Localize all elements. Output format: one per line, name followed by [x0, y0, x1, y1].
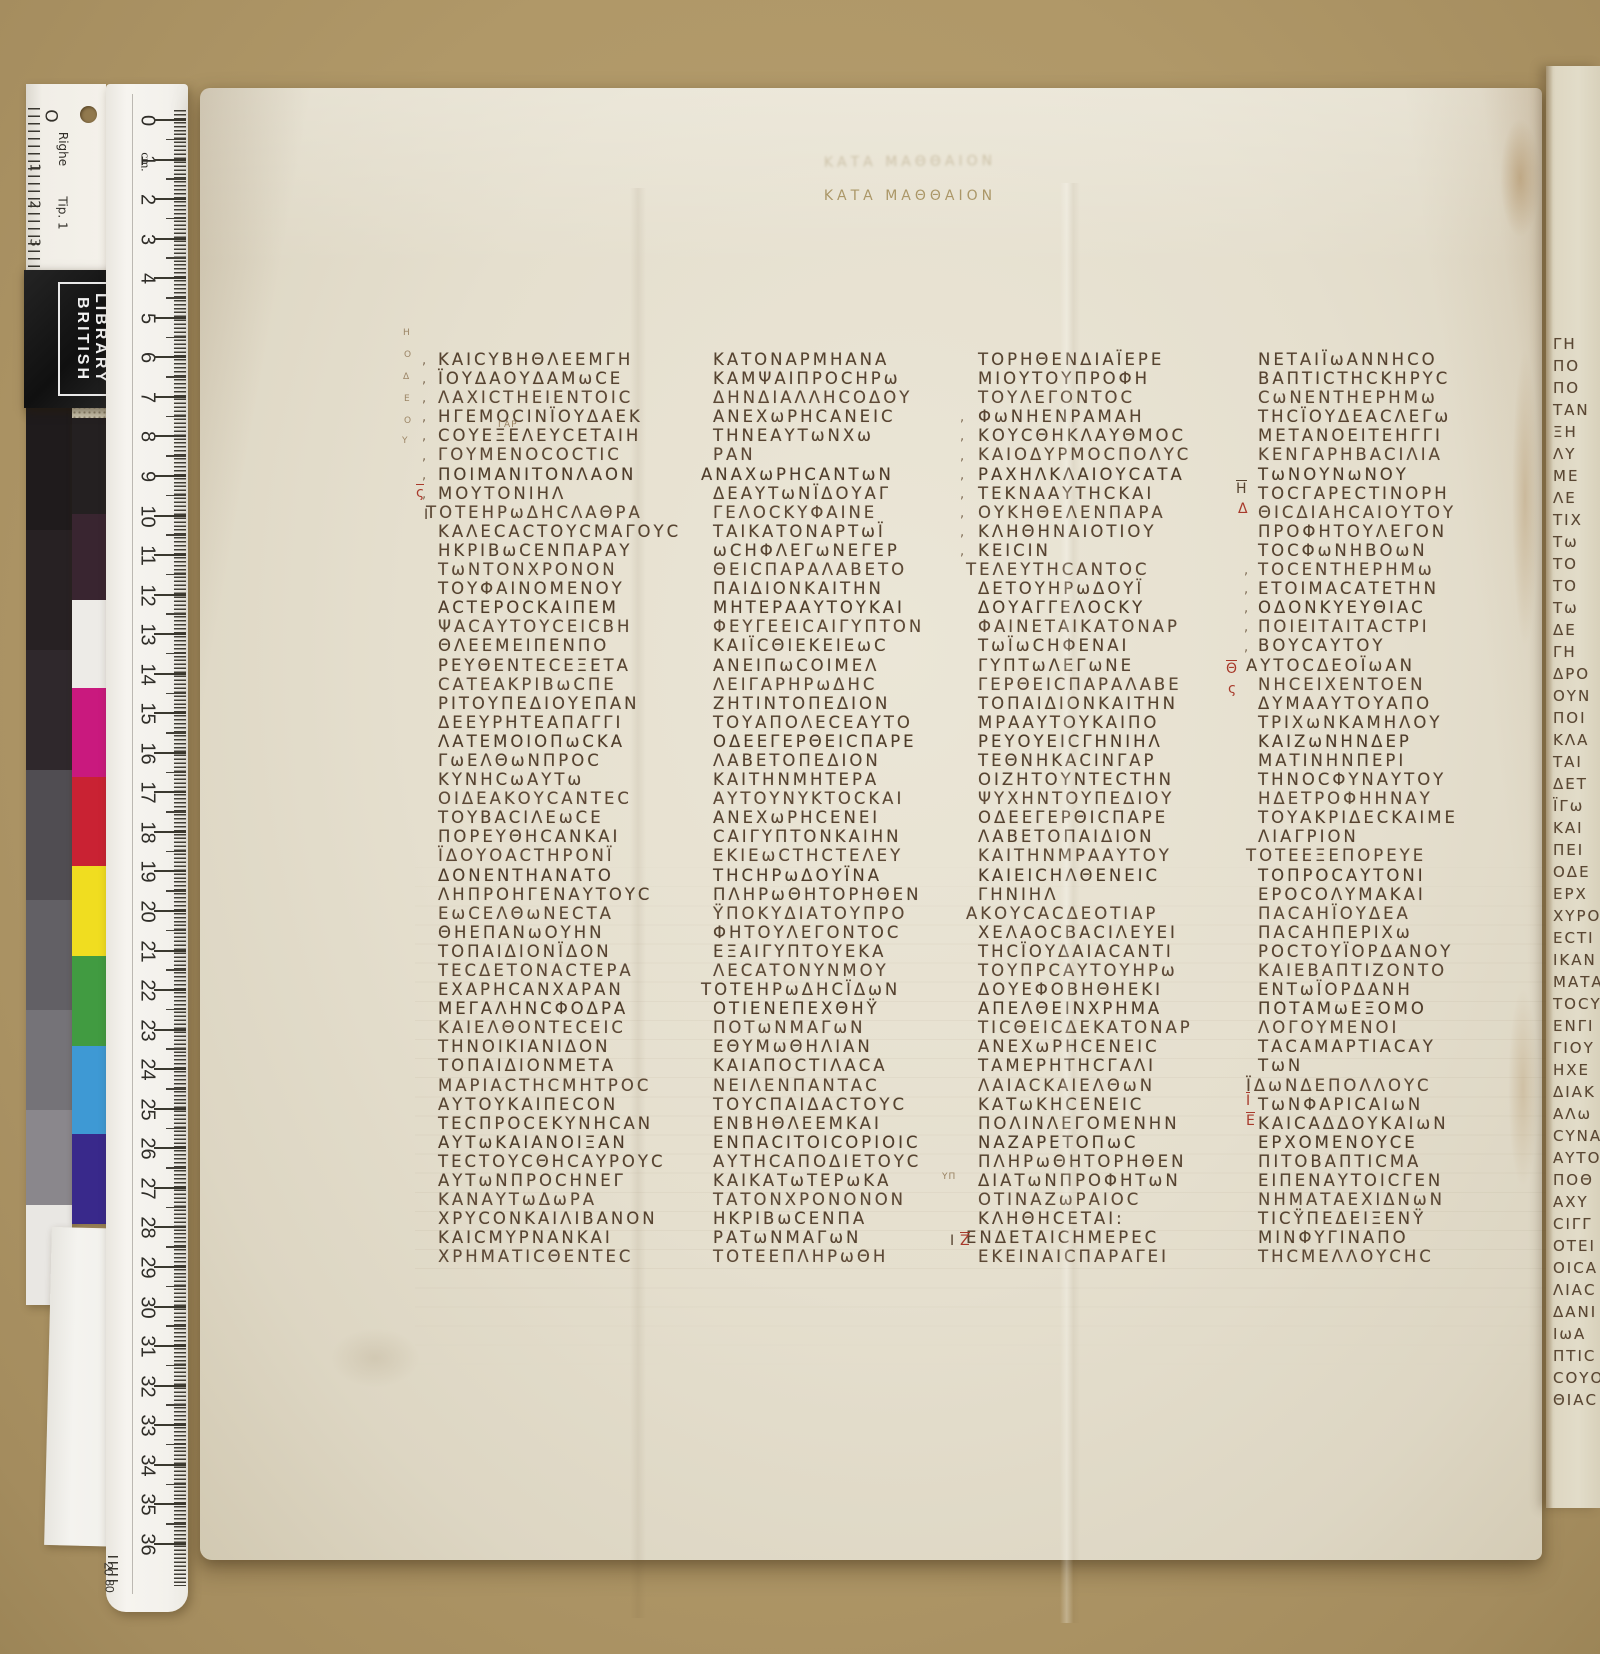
ruler-cm-tick — [154, 1108, 186, 1110]
next-folio-text-fragment: ΠΟ — [1553, 377, 1580, 399]
next-folio-text-fragment: ΚΑΙ — [1553, 817, 1584, 839]
next-folio-text-fragment: Τω — [1553, 531, 1579, 553]
ruler-half-cm-tick — [166, 337, 186, 339]
ruler-cm-tick — [154, 238, 186, 240]
ruler-half-cm-tick — [166, 693, 186, 695]
marginal-mark: Ι — [950, 1234, 954, 1248]
manuscript-line: ΚΛΗΘΗΝΑΙΟΤΙΟΥ — [978, 522, 1228, 541]
manuscript-line: ΕΤΟΙΜΑCΑΤΕΤΗΝ — [1258, 579, 1508, 598]
ruler-cm-tick — [154, 989, 186, 991]
ruler-unit-label: cm. — [138, 152, 154, 171]
next-folio-text-fragment: ΜΑΤΑ — [1553, 971, 1600, 993]
manuscript-line: ΛΑΒΕΤΟΠΑΙΔΙΟΝ — [978, 827, 1228, 846]
manuscript-line: ΤωΪωCΗΦΕΝΑΙ — [978, 636, 1228, 655]
next-folio-text-fragment: ΕΝΓΙ — [1553, 1015, 1594, 1037]
manuscript-line: ΚΑΜΨΑΙΠΡΟCΗΡω — [713, 369, 963, 388]
next-folio-text-fragment: ΚΛΑ — [1553, 729, 1589, 751]
next-folio-text-fragment: ΗΧΕ — [1553, 1059, 1590, 1081]
manuscript-line: ΓΥΠΤωΛΕΓωΝΕ — [978, 656, 1228, 675]
manuscript-line: ΤΗCΪΟΥΔΕΑCΛΕΓω — [1258, 407, 1508, 426]
next-folio-text-fragment: ΑΧΥ — [1553, 1191, 1589, 1213]
ruler-cm-tick — [154, 396, 186, 398]
gray-step — [26, 1010, 72, 1110]
ruler-half-cm-tick — [166, 811, 186, 813]
marginal-mark: ΓΑΡ — [498, 418, 518, 432]
manuscript-line: ΤΟΥΛΕΓΟΝΤΟC — [978, 388, 1228, 407]
stain — [1512, 348, 1538, 648]
secondary-ruler-label: 1 — [27, 163, 42, 171]
manuscript-line: ΤΕΚΝΑΑΥΤΗCΚΑΙ — [978, 484, 1228, 503]
next-folio-text-fragment: ΟΙCΑ — [1553, 1257, 1598, 1279]
manuscript-line: ΟΔΕΕΓΕΡΘΕΙCΠΑΡΕ — [713, 732, 963, 751]
diple-quotation-mark: , — [960, 410, 964, 425]
manuscript-line: ΚΑΛΕCΑCΤΟΥCΜΑΓΟΥC — [438, 522, 688, 541]
manuscript-line: ΖΗΤΙΝΤΟΠΕΔΙΟΝ — [713, 694, 963, 713]
diple-quotation-mark: , — [960, 544, 964, 559]
ruler-cm-tick — [154, 1464, 186, 1466]
manuscript-line: ΤΟΡΗΘΕΝΔΙΑΪΕΡΕ — [978, 350, 1228, 369]
next-folio-text-fragment: ΤΟ — [1553, 575, 1578, 597]
ruler-half-cm-tick — [166, 930, 186, 932]
manuscript-line: ΤΟCΕΝΤΗΕΡΗΜω — [1258, 560, 1508, 579]
next-folio-text-fragment: ΔΙΑΚ — [1553, 1081, 1596, 1103]
manuscript-line: ΟΥΚΗΘΕΛΕΝΠΑΡΑ — [978, 503, 1228, 522]
ruler-cm-tick — [154, 633, 186, 635]
ruler-cm-tick — [154, 752, 186, 754]
ruler-half-cm-tick — [166, 376, 186, 378]
manuscript-line: ΠΟΙΜΑΝΙΤΟΝΛΑΟΝ — [438, 465, 688, 484]
manuscript-line: ΟΙΔΕΑΚΟΥCΑΝΤΕC — [438, 789, 688, 808]
next-folio-text-fragment: ΓΙΟΥ — [1553, 1037, 1595, 1059]
manuscript-line: ΓωΕΛΘωΝΠΡΟC — [438, 751, 688, 770]
ruler-cm-tick — [154, 554, 186, 556]
next-folio-text-fragment: ΜΕ — [1553, 465, 1579, 487]
manuscript-line: ΤΟCΓΑΡΕCΤΙΝΟΡΗ — [1258, 484, 1508, 503]
ruler-half-cm-tick — [166, 1444, 186, 1446]
ruler-cm-tick — [154, 1543, 186, 1545]
manuscript-line: ΤΡΙΧωΝΚΑΜΗΛΟΥ — [1258, 713, 1508, 732]
stain — [330, 1328, 420, 1388]
parchment-crease — [1060, 183, 1080, 1623]
ruler-cm-tick — [154, 159, 186, 161]
ruler-half-cm-tick — [166, 613, 186, 615]
manuscript-line: ΑΝΕΧωΡΗCΑΝΕΙC — [713, 407, 963, 426]
next-folio-text-fragment: ΤΙΧ — [1553, 509, 1583, 531]
next-folio-text-fragment: ΔΡΟ — [1553, 663, 1590, 685]
ruler-half-cm-tick — [166, 257, 186, 259]
ruler-half-cm-tick — [166, 653, 186, 655]
manuscript-line: ΤΟΥΒΑCΙΛΕωCΕ — [438, 808, 688, 827]
next-folio-text-fragment: ΑΛω — [1553, 1103, 1592, 1125]
manuscript-line: ΛΑΧΙCΤΗΕΙΕΝΤΟΙC — [438, 388, 688, 407]
next-folio-text-fragment: ΤΑΝ — [1553, 399, 1590, 421]
ruler-cm-tick — [154, 515, 186, 517]
diple-quotation-mark: , — [960, 506, 964, 521]
ruler-half-cm-tick — [166, 1167, 186, 1169]
british-library-label: BRITISH — [73, 297, 91, 382]
ruler-cm-tick — [154, 950, 186, 952]
manuscript-line: ΜΟΥΤΟΝΙΗΛ — [438, 484, 688, 503]
marginal-mark: Ε — [1246, 1112, 1255, 1128]
ruler-half-cm-tick — [166, 1325, 186, 1327]
diple-quotation-mark: , — [422, 410, 426, 425]
ruler-cm-tick — [154, 910, 186, 912]
marginal-mark: Ζ — [960, 1232, 970, 1248]
manuscript-line: ΤΑΙΚΑΤΟΝΑΡΤωΪ — [713, 522, 963, 541]
manuscript-line: ΤΟΤΕΗΡωΔΗCΛΑΘΡΑ — [426, 503, 688, 522]
ruler-cm-tick — [154, 1147, 186, 1149]
diple-quotation-mark: , — [960, 429, 964, 444]
ruler-cm-tick — [154, 1266, 186, 1268]
manuscript-line: ΛΑΒΕΤΟΠΕΔΙΟΝ — [713, 751, 963, 770]
next-folio-text-fragment: ΪΓω — [1553, 795, 1584, 817]
manuscript-line: ΜΙΟΥΤΟΥΠΡΟΦΗ — [978, 369, 1228, 388]
photo-stage: ORigheTip. 11234312 13 14 15 16 BRITISH … — [0, 0, 1600, 1654]
ruler-half-cm-tick — [166, 1009, 186, 1011]
manuscript-line: ΤΕΘΝΗΚΑCΙΝΓΑΡ — [978, 751, 1228, 770]
next-folio-text-fragment: ΤΟCΥ — [1553, 993, 1600, 1015]
ruler-bottom-number: 20 — [102, 1562, 116, 1575]
ruler-cm-tick — [154, 356, 186, 358]
next-folio-text-fragment: ΠΕΙ — [1553, 839, 1584, 861]
manuscript-line: ΚΑΤΟΝΑΡΜΗΑΝΑ — [713, 350, 963, 369]
manuscript-line: ΚΑΙΟΔΥΡΜΟCΠΟΛΥC — [978, 445, 1228, 464]
ruler-cm-tick — [154, 1385, 186, 1387]
marginal-mark: Υ — [402, 434, 408, 448]
marginal-mark: Ι — [1246, 1092, 1250, 1108]
manuscript-line: ΡΕΥΘΕΝΤΕCΕΞΕΤΑ — [438, 656, 688, 675]
ruler-cm-tick — [154, 119, 186, 121]
marginal-mark: Ο — [404, 414, 411, 428]
ruler-cm-tick — [154, 791, 186, 793]
manuscript-line: ΨΑCΑΥΤΟΥCΕΙCΒΗ — [438, 617, 688, 636]
diple-quotation-mark: , — [422, 487, 426, 502]
next-folio-text-fragment: ΛΥ — [1553, 443, 1576, 465]
manuscript-line: ΦΑΙΝΕΤΑΙΚΑΤΟΝΑΡ — [978, 617, 1228, 636]
next-folio-text-fragment: ΞΗ — [1553, 421, 1578, 443]
marginal-mark: Ο — [404, 348, 411, 362]
manuscript-line: ΑΝΕΙΠωCΟΙΜΕΛ — [713, 656, 963, 675]
next-folio-text-fragment: ΠΟ — [1553, 355, 1580, 377]
ruler-cm-tick — [154, 831, 186, 833]
manuscript-line: ΔΕΑΥΤωΝΪΔΟΥΑΓ — [713, 484, 963, 503]
diple-quotation-mark: , — [422, 372, 426, 387]
manuscript-line: ΑΝΑΧωΡΗCΑΝΤωΝ — [701, 465, 963, 484]
manuscript-line: ΓΕΡΘΕΙCΠΑΡΑΛΑΒΕ — [978, 675, 1228, 694]
ruler-half-cm-tick — [166, 1128, 186, 1130]
manuscript-line: ΠΑΙΔΙΟΝΚΑΙΤΗΝ — [713, 579, 963, 598]
next-folio-text-fragment: ΔΕ — [1553, 619, 1577, 641]
ruler-half-cm-tick — [166, 1088, 186, 1090]
ruler-cm-tick — [154, 673, 186, 675]
next-folio-text-fragment: ΛΙΑC — [1553, 1279, 1596, 1301]
ruler-half-cm-tick — [166, 1365, 186, 1367]
manuscript-line: ΑΥΤΟCΔΕΟΪωΑΝ — [1246, 656, 1508, 675]
manuscript-line: ΗΚΡΙΒωCΕΝΠΑΡΑΥ — [438, 541, 688, 560]
manuscript-line: ΟΙΖΗΤΟΥΝΤΕCΤΗΝ — [978, 770, 1228, 789]
next-folio-text-fragment: ΟΤΕΙ — [1553, 1235, 1596, 1257]
manuscript-page: ΚΑΤΑ ΜΑΘΘΑΙΟΝ ΚΑΤΑ ΜΑΘΘΑΙΟΝ ΚΑΙCΥΒΗΘΛΕΕΜ… — [200, 88, 1542, 1560]
next-folio-text-fragment: ΔΑΝΙ — [1553, 1301, 1597, 1323]
manuscript-line: ΗΔΕΤΡΟΦΗΗΝΑΥ — [1258, 789, 1508, 808]
manuscript-line: CΑΤΕΑΚΡΙΒωCΠΕ — [438, 675, 688, 694]
next-folio-text-fragment: ΓΗ — [1553, 333, 1577, 355]
gray-step — [26, 650, 72, 770]
manuscript-line: ΤΟΥΑΚΡΙΔΕCΚΑΙΜΕ — [1258, 808, 1508, 827]
manuscript-line: ΒΑΠΤΙCΤΗCΚΗΡΥC — [1258, 369, 1508, 388]
diple-quotation-mark: , — [422, 353, 426, 368]
next-folio-text-fragment: ΔΕΤ — [1553, 773, 1588, 795]
diple-quotation-mark: , — [422, 391, 426, 406]
marginal-mark: ΥΠ — [942, 1170, 956, 1184]
manuscript-line: ΤΗΝΕΑΥΤωΝΧω — [713, 426, 963, 445]
secondary-ruler-label: 3 — [27, 238, 42, 246]
manuscript-line: ΡΕΥΟΥΕΙCΓΗΝΙΗΛ — [978, 732, 1228, 751]
manuscript-line: ΠΟΡΕΥΘΗCΑΝΚΑΙ — [438, 827, 688, 846]
ruler-half-cm-tick — [166, 1523, 186, 1525]
manuscript-line: ΡΑΧΗΛΚΛΑΙΟΥCΑΤΑ — [978, 465, 1228, 484]
manuscript-line: ΝΕΤΑΙΪωΑΝΝΗCΟ — [1258, 350, 1508, 369]
manuscript-line: ΛΙΑΓΡΙΟΝ — [1258, 827, 1508, 846]
next-folio-text-fragment: ΤΑΙ — [1553, 751, 1583, 773]
gray-step — [26, 1110, 72, 1205]
ruler-half-cm-tick — [166, 1286, 186, 1288]
manuscript-line: CωΝΕΝΤΗΕΡΗΜω — [1258, 388, 1508, 407]
ruler-half-cm-tick — [166, 218, 186, 220]
next-folio-text-fragment: CΙΓΓ — [1553, 1213, 1593, 1235]
manuscript-line: ΤΟΥΑΠΟΛΕCΕΑΥΤΟ — [713, 713, 963, 732]
ruler-half-cm-tick — [166, 495, 186, 497]
ruler-cm-tick — [154, 712, 186, 714]
ruler-cm-tick — [154, 1503, 186, 1505]
manuscript-line: ΤωΝΤΟΝΧΡΟΝΟΝ — [438, 560, 688, 579]
next-folio-text-fragment: CΟΥΟ — [1553, 1367, 1600, 1389]
manuscript-line: ΔΕΤΟΥΗΡωΔΟΥΪ — [978, 579, 1228, 598]
ruler-cm-tick — [154, 317, 186, 319]
diple-quotation-mark: , — [1244, 601, 1248, 616]
next-folio-text-fragment: ΙωΑ — [1553, 1323, 1586, 1345]
diple-quotation-mark: , — [960, 487, 964, 502]
manuscript-line: ΛΕΙΓΑΡΗΡωΔΗC — [713, 675, 963, 694]
ruler-cm-tick — [154, 1068, 186, 1070]
manuscript-line: ΜΕΤΑΝΟΕΙΤΕΗΓΓΙ — [1258, 426, 1508, 445]
ruler-cm-tick — [154, 1187, 186, 1189]
marginal-mark: Δ — [403, 370, 409, 384]
manuscript-line: ΤΗΝΟCΦΥΝΑΥΤΟΥ — [1258, 770, 1508, 789]
ruler-half-cm-tick — [166, 851, 186, 853]
ruler-half-cm-tick — [166, 890, 186, 892]
manuscript-line: ΡΙΤΟΥΠΕΔΙΟΥΕΠΑΝ — [438, 694, 688, 713]
manuscript-line: ΑCΤΕΡΟCΚΑΙΠΕΜ — [438, 598, 688, 617]
marginal-mark: ς — [1228, 682, 1236, 696]
ruler-cm-tick — [154, 1029, 186, 1031]
manuscript-line: ΜΡΑΑΥΤΟΥΚΑΙΠΟ — [978, 713, 1228, 732]
diple-quotation-mark: , — [422, 429, 426, 444]
manuscript-line: ΦΕΥΓΕΕΙCΑΙΓΥΠΤΟΝ — [713, 617, 963, 636]
ruler-cm-tick — [154, 1345, 186, 1347]
manuscript-line: ΔΥΜΑΑΥΤΟΥΑΠΟ — [1258, 694, 1508, 713]
manuscript-line: ΓΕΛΟCΚΥΦΑΙΝΕ — [713, 503, 963, 522]
marginal-mark: Η — [403, 326, 410, 340]
manuscript-line: ωCΗΦΛΕΓωΝΕΓΕΡ — [713, 541, 963, 560]
gray-step — [26, 530, 72, 650]
ruler-half-cm-tick — [166, 534, 186, 536]
marginal-mark: Δ — [1238, 502, 1248, 516]
manuscript-line: ΜΗΤΕΡΑΑΥΤΟΥΚΑΙ — [713, 598, 963, 617]
ruler-cm-tick — [154, 277, 186, 279]
manuscript-line: ΜΑΤΙΝΗΝΠΕΡΙ — [1258, 751, 1508, 770]
next-folio-text-fragment: ΧΥΡΟ — [1553, 905, 1600, 927]
next-folio-text-fragment: ΘΙΑC — [1553, 1389, 1598, 1411]
next-folio-text-fragment: ΠΟΘ — [1553, 1169, 1594, 1191]
manuscript-line: ΘΙCΔΙΑΗCΑΙΟΥΤΟΥ — [1258, 503, 1508, 522]
manuscript-line: ΚΑΙΪCΘΙΕΚΕΙΕωC — [713, 636, 963, 655]
manuscript-line: ΤΕΛΕΥΤΗCΑΝΤΟC — [966, 560, 1228, 579]
parchment-ruling-lines — [415, 848, 1600, 1368]
manuscript-line: ΗΓΕΜΟCΙΝΪΟΥΔΑΕΚ — [438, 407, 688, 426]
manuscript-line: ΔΕΕΥΡΗΤΕΑΠΑΓΓΙ — [438, 713, 688, 732]
manuscript-line: ΚΟΥCΘΗΚΛΑΥΘΜΟC — [978, 426, 1228, 445]
next-folio-text-fragment: ΟΔΕ — [1553, 861, 1591, 883]
ruler-cm-tick — [154, 475, 186, 477]
manuscript-line: ΔΟΥΑΓΓΕΛΟCΚΥ — [978, 598, 1228, 617]
diple-quotation-mark: , — [422, 449, 426, 464]
ruler-half-cm-tick — [166, 1484, 186, 1486]
manuscript-line: ΘΕΙCΠΑΡΑΛΑΒΕΤΟ — [713, 560, 963, 579]
diple-quotation-mark: , — [960, 449, 964, 464]
manuscript-line: ΓΟΥΜΕΝΟCΟCΤΙC — [438, 445, 688, 464]
ruler-half-cm-tick — [166, 416, 186, 418]
running-header: ΚΑΤΑ ΜΑΘΘΑΙΟΝ — [760, 188, 1060, 204]
parchment-crease — [630, 188, 646, 1618]
manuscript-line: ΚΑΙΖωΝΗΝΔΕΡ — [1258, 732, 1508, 751]
manuscript-line: ΚΕΝΓΑΡΗΒΑCΙΛΙΑ — [1258, 445, 1508, 464]
marginal-mark: Ε — [404, 392, 410, 406]
next-folio-gutter-shadow — [1546, 66, 1553, 1508]
stain — [1500, 118, 1540, 238]
manuscript-line: ΟΔΕΕΓΕΡΘΙCΠΑΡΕ — [978, 808, 1228, 827]
gray-step — [26, 770, 72, 900]
ruler-cm-tick — [154, 1226, 186, 1228]
manuscript-line: CΟΥΕΞΕΛΕΥCΕΤΑΙΗ — [438, 426, 688, 445]
ruler-half-cm-tick — [166, 732, 186, 734]
manuscript-line: ΒΟΥCΑΥΤΟΥ — [1258, 636, 1508, 655]
ruler-bottom-number: 80 — [103, 1579, 117, 1592]
secondary-ruler-label: Tip. 1 — [56, 196, 70, 229]
manuscript-line: ΛΑΤΕΜΟΙΟΠωCΚΑ — [438, 732, 688, 751]
manuscript-line: ΤΟΥΦΑΙΝΟΜΕΝΟΥ — [438, 579, 688, 598]
diple-quotation-mark: , — [1244, 620, 1248, 635]
ruler-hole — [80, 106, 97, 123]
next-folio-edge: ΓΗΠΟΠΟΤΑΝΞΗΛΥΜΕΛΕΤΙΧΤωΤΟΤΟΤωΔΕΓΗΔΡΟΟΥΝΠΟ… — [1546, 66, 1600, 1508]
diple-quotation-mark: , — [1244, 563, 1248, 578]
gray-step — [26, 408, 72, 530]
manuscript-line: ΚΑΙΤΗΝΜΗΤΕΡΑ — [713, 770, 963, 789]
diple-quotation-mark: , — [1244, 640, 1248, 655]
manuscript-line: ΘΛΕΕΜΕΙΠΕΝΠΟ — [438, 636, 688, 655]
next-folio-text-fragment: ΛΕ — [1553, 487, 1577, 509]
secondary-ruler-label: Righe — [56, 132, 70, 166]
manuscript-line: ΡΑΝ — [713, 445, 963, 464]
ruler-half-cm-tick — [166, 1246, 186, 1248]
ruler-half-cm-tick — [166, 772, 186, 774]
marginal-mark: Θ — [1226, 660, 1237, 676]
ruler-cm-tick — [154, 1306, 186, 1308]
ruler-half-cm-tick — [166, 574, 186, 576]
marginal-mark: Η — [1236, 480, 1247, 496]
manuscript-line: ΤΟCΦωΝΗΒΟωΝ — [1258, 541, 1508, 560]
grayscale-wedge — [26, 408, 72, 1305]
ruler-half-cm-tick — [166, 297, 186, 299]
next-folio-text-fragment: ΓΗ — [1553, 641, 1577, 663]
ruler-half-cm-tick — [166, 969, 186, 971]
next-folio-text-fragment: Τω — [1553, 597, 1579, 619]
diple-quotation-mark: , — [1244, 582, 1248, 597]
manuscript-line: ΑΝΕΧωΡΗCΕΝΕΙ — [713, 808, 963, 827]
ruler-half-cm-tick — [166, 455, 186, 457]
manuscript-line: ΦωΝΗΕΝΡΑΜΑΗ — [978, 407, 1228, 426]
manuscript-line: ΨΥΧΗΝΤΟΥΠΕΔΙΟΥ — [978, 789, 1228, 808]
next-folio-text-fragment: ΙΚΑΝ — [1553, 949, 1597, 971]
next-folio-text-fragment: ΠΟΙ — [1553, 707, 1587, 729]
ruler-midline — [132, 94, 133, 1594]
secondary-ruler-label: 2 — [27, 200, 42, 208]
diple-quotation-mark: , — [960, 525, 964, 540]
manuscript-line: ΚΥΝΗCωΑΥΤω — [438, 770, 688, 789]
manuscript-line: ΤΟΠΑΙΔΙΟΝΚΑΙΤΗΝ — [978, 694, 1228, 713]
next-folio-text-fragment: ΕΡΧ — [1553, 883, 1588, 905]
next-folio-text-fragment: ΟΥΝ — [1553, 685, 1591, 707]
diple-quotation-mark: , — [960, 468, 964, 483]
next-folio-text-fragment: ΤΟ — [1553, 553, 1578, 575]
manuscript-line: ΑΥΤΟΥΝΥΚΤΟCΚΑΙ — [713, 789, 963, 808]
ruler-half-cm-tick — [166, 1404, 186, 1406]
manuscript-line: ΤωΝΟΥΝωΝΟΥ — [1258, 465, 1508, 484]
manuscript-line: ΚΑΙCΥΒΗΘΛΕΕΜΓΗ — [438, 350, 688, 369]
manuscript-line: ΚΕΙCΙΝ — [978, 541, 1228, 560]
next-folio-text-fragment: CΥΝΑ — [1553, 1125, 1600, 1147]
manuscript-line: ΝΗCΕΙΧΕΝΤΟΕΝ — [1258, 675, 1508, 694]
diple-quotation-mark: , — [422, 468, 426, 483]
ruler-cm-tick — [154, 1424, 186, 1426]
manuscript-line: CΑΙΓΥΠΤΟΝΚΑΙΗΝ — [713, 827, 963, 846]
marginal-mark: Ι — [424, 508, 428, 522]
manuscript-line: ΟΔΟΝΚΥΕΥΘΙΑC — [1258, 598, 1508, 617]
ruler-half-cm-tick — [166, 139, 186, 141]
cm-ruler: 0123456789101112131415161718192021222324… — [106, 84, 188, 1612]
next-folio-text-fragment: ΑΥΤΟ — [1553, 1147, 1600, 1169]
ruler-cm-tick — [154, 594, 186, 596]
ruler-half-cm-tick — [166, 178, 186, 180]
manuscript-line: ΔΗΝΔΙΑΛΛΗCΟΔΟΥ — [713, 388, 963, 407]
manuscript-line: ΠΡΟΦΗΤΟΥΛΕΓΟΝ — [1258, 522, 1508, 541]
ruler-half-cm-tick — [166, 1048, 186, 1050]
ruler-cm-tick — [154, 435, 186, 437]
running-header-ghost: ΚΑΤΑ ΜΑΘΘΑΙΟΝ — [760, 152, 1060, 171]
ruler-cm-tick — [154, 870, 186, 872]
manuscript-line: ΪΟΥΔΑΟΥΔΑΜωCΕ — [438, 369, 688, 388]
manuscript-line: ΠΟΙΕΙΤΑΙΤΑCΤΡΙ — [1258, 617, 1508, 636]
secondary-ruler-label: O — [41, 109, 61, 122]
ruler-cm-tick — [154, 198, 186, 200]
next-folio-text-fragment: ΠΤΙC — [1553, 1345, 1596, 1367]
ruler-half-cm-tick — [166, 1207, 186, 1209]
next-folio-text-fragment: ΕCΤΙ — [1553, 927, 1595, 949]
gray-step — [26, 900, 72, 1010]
